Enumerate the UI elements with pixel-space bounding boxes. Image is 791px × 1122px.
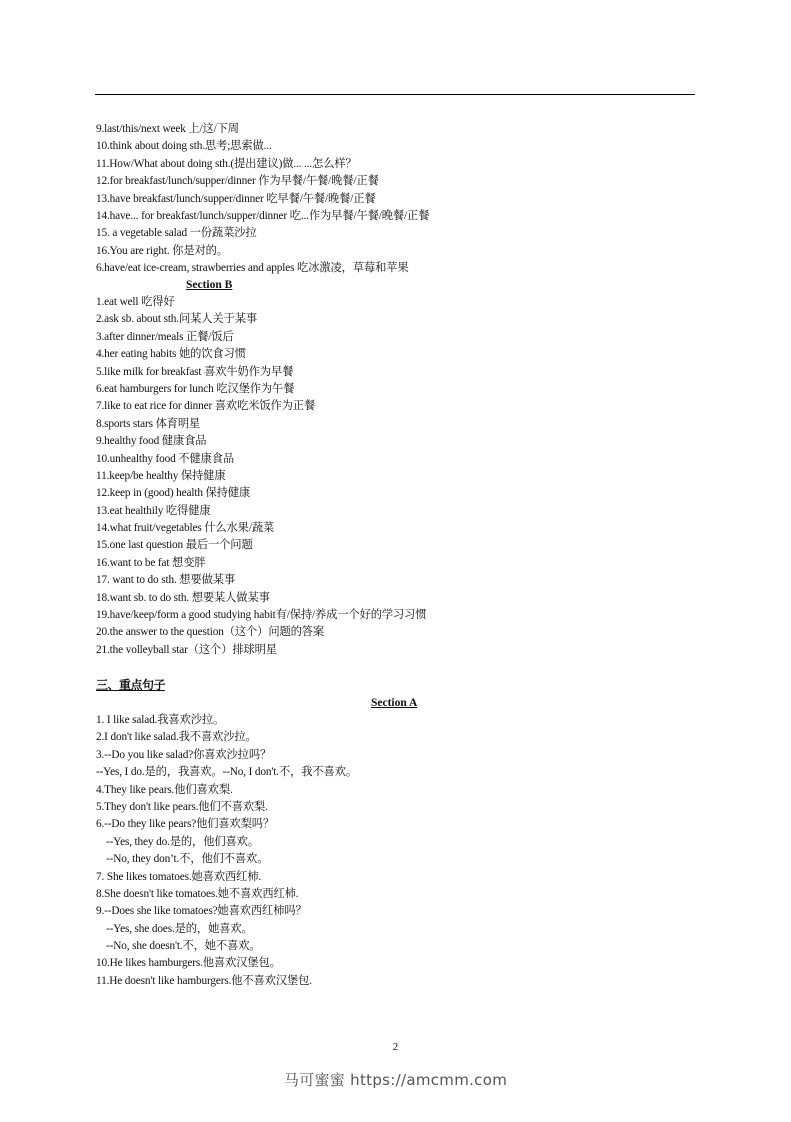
page-number: 2 <box>0 1041 791 1053</box>
phrase-item: 2.ask sb. about sth.问某人关于某事 <box>96 311 696 328</box>
header-rule <box>95 94 695 95</box>
sentence-item: 2.I don't like salad.我不喜欢沙拉。 <box>96 729 696 746</box>
sentence-item: 4.They like pears.他们喜欢梨. <box>96 782 696 799</box>
sentence-item: 11.He doesn't like hamburgers.他不喜欢汉堡包. <box>96 973 696 990</box>
phrase-item: 15.one last question 最后一个问题 <box>96 537 696 554</box>
phrase-item: 13.have breakfast/lunch/supper/dinner 吃早… <box>96 191 696 208</box>
sentence-item: 7. She likes tomatoes.她喜欢西红柿. <box>96 869 696 886</box>
sentence-item: 10.He likes hamburgers.他喜欢汉堡包。 <box>96 955 696 972</box>
phrase-item: 21.the volleyball star（这个）排球明星 <box>96 642 696 659</box>
phrase-item: 7.like to eat rice for dinner 喜欢吃米饭作为正餐 <box>96 398 696 415</box>
watermark: 马可蜜蜜 https://amcmm.com <box>0 1069 791 1090</box>
sentence-item: 9.--Does she like tomatoes?她喜欢西红柿吗？ <box>96 903 696 920</box>
phrase-item: 10.think about doing sth.思考;思索做... <box>96 138 696 155</box>
phrase-item: 14.have... for breakfast/lunch/supper/di… <box>96 208 696 225</box>
sentence-item: --Yes, they do.是的，他们喜欢。 <box>96 834 696 851</box>
phrase-item: 11.keep/be healthy 保持健康 <box>96 468 696 485</box>
key-sentence-list: 1. I like salad.我喜欢沙拉。2.I don't like sal… <box>96 712 696 990</box>
sentence-item: --No, she doesn't.不，她不喜欢。 <box>96 938 696 955</box>
phrase-item: 20.the answer to the question（这个）问题的答案 <box>96 624 696 641</box>
phrase-item: 4.her eating habits 她的饮食习惯 <box>96 346 696 363</box>
key-sentences-heading: 三、重点句子 <box>96 677 165 694</box>
phrase-item: 8.sports stars 体育明星 <box>96 416 696 433</box>
phrase-item: 9.last/this/next week 上/这/下周 <box>96 121 696 138</box>
phrase-item: 16.want to be fat 想变胖 <box>96 555 696 572</box>
phrase-item: 6.eat hamburgers for lunch 吃汉堡作为午餐 <box>96 381 696 398</box>
phrase-item: 12.for breakfast/lunch/supper/dinner 作为早… <box>96 173 696 190</box>
phrase-item: 14.what fruit/vegetables 什么水果/蔬菜 <box>96 520 696 537</box>
sentence-item: 5.They don't like pears.他们不喜欢梨. <box>96 799 696 816</box>
section-b-heading: Section B <box>186 277 232 294</box>
phrase-item: 15. a vegetable salad 一份蔬菜沙拉 <box>96 225 696 242</box>
section-b-phrase-list: 1.eat well 吃得好 2.ask sb. about sth.问某人关于… <box>96 294 696 659</box>
phrase-item: 9.healthy food 健康食品 <box>96 433 696 450</box>
sentence-item: --No, they don’t.不，他们不喜欢。 <box>96 851 696 868</box>
phrase-item: 3.after dinner/meals 正餐/饭后 <box>96 329 696 346</box>
section-a-phrase-list: 9.last/this/next week 上/这/下周 10.think ab… <box>96 121 696 278</box>
sentence-item: --Yes, she does.是的，她喜欢。 <box>96 921 696 938</box>
phrase-item: 6.have/eat ice-cream, strawberries and a… <box>96 260 696 277</box>
phrase-item: 11.How/What about doing sth.(提出建议)做... .… <box>96 156 696 173</box>
sentence-item: 3.--Do you like salad?你喜欢沙拉吗？ <box>96 747 696 764</box>
sentence-item: 1. I like salad.我喜欢沙拉。 <box>96 712 696 729</box>
phrase-item: 18.want sb. to do sth. 想要某人做某事 <box>96 590 696 607</box>
phrase-item: 5.like milk for breakfast 喜欢牛奶作为早餐 <box>96 364 696 381</box>
phrase-item: 13.eat healthily 吃得健康 <box>96 503 696 520</box>
phrase-item: 12.keep in (good) health 保持健康 <box>96 485 696 502</box>
sentence-item: 8.She doesn't like tomatoes.她不喜欢西红柿. <box>96 886 696 903</box>
phrase-item: 17. want to do sth. 想要做某事 <box>96 572 696 589</box>
phrase-item: 16.You are right. 你是对的。 <box>96 243 696 260</box>
sentence-item: 6.--Do they like pears?他们喜欢梨吗？ <box>96 816 696 833</box>
section-a-heading: Section A <box>371 695 417 712</box>
phrase-item: 10.unhealthy food 不健康食品 <box>96 451 696 468</box>
phrase-item: 19.have/keep/form a good studying habit有… <box>96 607 696 624</box>
phrase-item: 1.eat well 吃得好 <box>96 294 696 311</box>
sentence-item: --Yes, I do.是的，我喜欢。--No, I don't.不，我不喜欢。 <box>96 764 696 781</box>
